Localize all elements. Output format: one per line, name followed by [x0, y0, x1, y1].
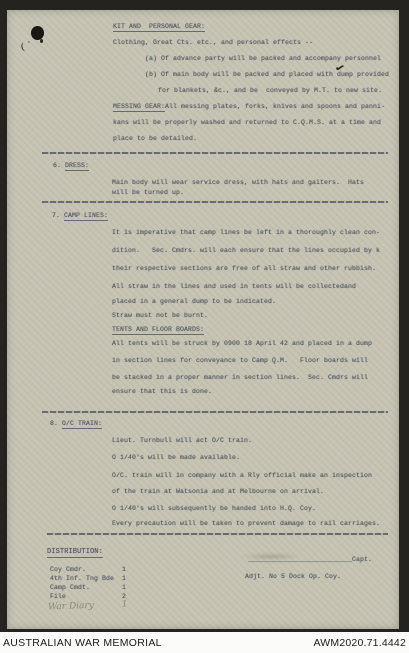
scanned-document-view: ( ˙ ✓ KIT AND PERSONAL GEAR: Clothing, G…: [0, 0, 409, 653]
tents-l4: ensure that this is done.: [112, 388, 212, 396]
camp-lines-l1: It is imperative that camp lines be left…: [112, 229, 380, 237]
camp-lines-l6: Straw must not be burnt.: [112, 312, 208, 320]
signature-line: __________________________Capt.: [248, 556, 372, 564]
distribution-label: Coy Cmdr.: [50, 566, 122, 574]
kit-heading-text: KIT AND PERSONAL GEAR:: [113, 23, 205, 32]
section-divider: [47, 533, 388, 535]
camp-lines-l2: dition. Sec. Cmdrs. will each ensure tha…: [112, 247, 380, 255]
dress-line-2: will be turned up.: [112, 189, 184, 197]
tents-l3: be stacked in a proper manner in section…: [112, 374, 368, 382]
section-7-title: CAMP LINES:: [64, 212, 108, 221]
train-l2: O 1/40's will be made available.: [112, 454, 240, 462]
handwritten-distribution-row: War Diary1: [48, 600, 128, 613]
camp-lines-l5: placed in a general dump to be indicated…: [112, 298, 276, 306]
train-l4: of the train at Watsonia and at Melbourn…: [112, 488, 324, 496]
section-7-number: 7.: [52, 212, 64, 219]
archive-accession-number: AWM2020.71.4442: [313, 637, 406, 649]
archive-footer: AUSTRALIAN WAR MEMORIAL AWM2020.71.4442: [0, 632, 409, 653]
kit-intro: Clothing, Great Cts. etc., and personal …: [113, 39, 313, 47]
dress-line-1: Main body will wear service dress, with …: [112, 179, 364, 187]
train-l3: O/C. train will in company with a Rly of…: [112, 472, 372, 480]
section-6-number: 6.: [53, 162, 65, 169]
messing-gear-l3: place to be detailed.: [113, 135, 197, 143]
train-l1: Lieut. Turnbull will act O/C train.: [112, 437, 252, 445]
distribution-label: 4th Inf. Tng Bde: [50, 575, 122, 583]
messing-gear-l2: kans will be properly washed and returne…: [113, 119, 381, 127]
camp-lines-l3: their respective sections are free of al…: [112, 265, 376, 273]
distribution-row: 4th Inf. Tng Bde1: [50, 575, 126, 583]
tents-heading: TENTS AND FLOOR BOARDS:: [112, 326, 204, 334]
punch-hole: [31, 26, 44, 40]
messing-gear-line: MESSING GEAR:All messing plates, forks, …: [113, 103, 385, 111]
distribution-heading: DISTRIBUTION:: [47, 548, 103, 556]
section-8-heading: 8. O/C TRAIN:: [50, 420, 102, 428]
distribution-qty: 1: [122, 584, 126, 591]
distribution-qty: 1: [122, 575, 126, 582]
messing-gear-heading: MESSING GEAR:: [113, 103, 165, 112]
document-page: ( ˙ ✓ KIT AND PERSONAL GEAR: Clothing, G…: [7, 10, 399, 629]
section-8-title: O/C TRAIN:: [62, 420, 102, 429]
punch-hole-tail: [40, 39, 43, 43]
distribution-row: Camp Cmdt.1: [50, 584, 126, 592]
handwritten-qty: 1: [122, 600, 128, 610]
distribution-label: Camp Cmdt.: [50, 584, 122, 592]
handwritten-label: War Diary: [48, 601, 94, 613]
messing-gear-rest: All messing plates, forks, knives and sp…: [165, 103, 385, 110]
section-divider: [42, 152, 388, 154]
signature-title: Adjt. No 5 Dock Op. Coy.: [245, 573, 341, 581]
tents-l1: All tents will be struck by 0900 18 Apri…: [112, 340, 372, 348]
camp-lines-l4: All straw in the lines and used in tents…: [112, 283, 356, 291]
archive-name: AUSTRALIAN WAR MEMORIAL: [3, 637, 162, 649]
tents-l2: in section lines for conveyance to Camp …: [112, 357, 368, 365]
section-divider: [42, 201, 388, 203]
section-6-title: DRESS:: [65, 162, 89, 171]
distribution-qty: 1: [122, 566, 126, 573]
signature-rule: __________________________: [248, 556, 352, 563]
train-l6: Every precaution will be taken to preven…: [112, 520, 380, 528]
section-divider: [42, 411, 388, 413]
distribution-heading-text: DISTRIBUTION:: [47, 548, 103, 558]
tents-heading-text: TENTS AND FLOOR BOARDS:: [112, 326, 204, 335]
section-8-number: 8.: [50, 420, 62, 427]
section-7-heading: 7. CAMP LINES:: [52, 212, 108, 220]
kit-item-a: (a) Of advance party will be packed and …: [145, 55, 381, 63]
pen-note-mark: ( ˙: [20, 42, 33, 52]
kit-item-b-cont: for blankets, &c., and be conveyed by M.…: [158, 87, 382, 95]
kit-heading: KIT AND PERSONAL GEAR:: [113, 23, 205, 31]
distribution-row: Coy Cmdr.1: [50, 566, 126, 574]
section-6-heading: 6. DRESS:: [53, 162, 89, 170]
train-l5: O 1/40's will subsequently be handed int…: [112, 505, 316, 513]
signature-rank: Capt.: [352, 556, 372, 563]
kit-item-b: (b) Of main body will be packed and plac…: [145, 71, 389, 79]
